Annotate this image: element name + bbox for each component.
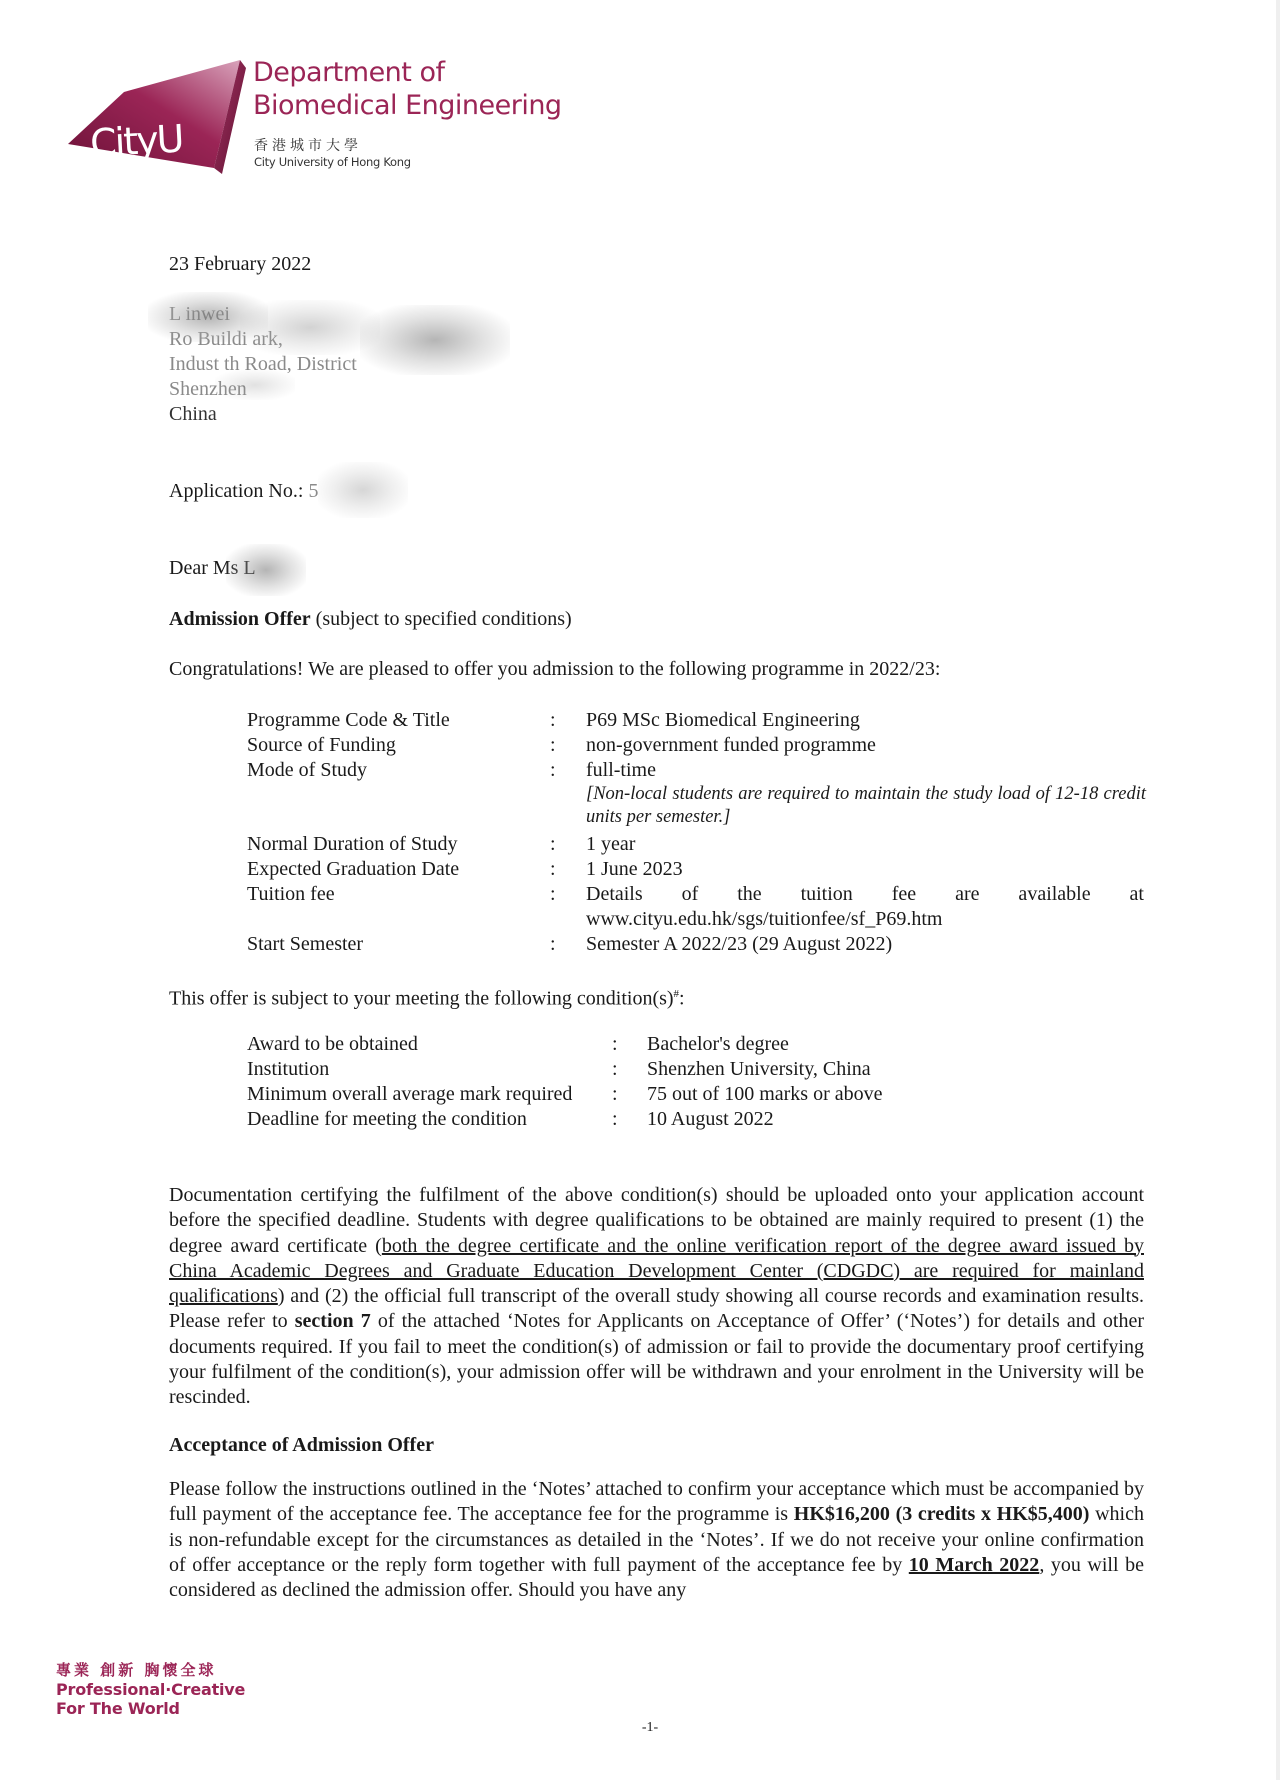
acceptance-heading: Acceptance of Admission Offer (169, 1433, 434, 1458)
condition-label: Institution (247, 1057, 329, 1082)
programme-label: Source of Funding (247, 733, 396, 758)
colon: : (612, 1057, 618, 1082)
department-name: Department of Biomedical Engineering (253, 56, 562, 122)
redaction-smudge (226, 544, 306, 596)
colon: : (550, 832, 556, 857)
university-name-cn: 香港城市大學 (254, 135, 362, 155)
letter-date: 23 February 2022 (169, 252, 311, 277)
redaction-smudge (240, 300, 380, 355)
subject-line: Admission Offer (subject to specified co… (169, 607, 572, 632)
programme-value: non-government funded programme (586, 733, 876, 758)
colon: : (612, 1082, 618, 1107)
programme-label: Normal Duration of Study (247, 832, 458, 857)
condition-label: Award to be obtained (247, 1032, 418, 1057)
condition-label: Deadline for meeting the condition (247, 1107, 527, 1132)
colon: : (612, 1032, 618, 1057)
condition-value: Bachelor's degree (647, 1032, 789, 1057)
condition-label: Minimum overall average mark required (247, 1082, 572, 1107)
condition-value: 75 out of 100 marks or above (647, 1082, 883, 1107)
colon: : (550, 758, 556, 783)
programme-label: Mode of Study (247, 758, 367, 783)
programme-value: Semester A 2022/23 (29 August 2022) (586, 932, 892, 957)
programme-label: Programme Code & Title (247, 708, 450, 733)
page-number: -1- (630, 1720, 670, 1736)
programme-value: P69 MSc Biomedical Engineering (586, 708, 860, 733)
colon: : (550, 932, 556, 957)
documentation-paragraph: Documentation certifying the fulfilment … (169, 1183, 1144, 1411)
programme-note: [Non-local students are required to main… (586, 783, 1146, 829)
programme-label: Tuition fee (247, 882, 335, 907)
programme-label: Start Semester (247, 932, 363, 957)
acceptance-paragraph: Please follow the instructions outlined … (169, 1477, 1144, 1603)
programme-value: 1 year (586, 832, 635, 857)
programme-value-url: www.cityu.edu.hk/sgs/tuitionfee/sf_P69.h… (586, 907, 942, 932)
cityu-logo-icon: CityU (66, 58, 246, 174)
condition-value: 10 August 2022 (647, 1107, 774, 1132)
programme-value: 1 June 2023 (586, 857, 683, 882)
application-number: Application No.: 5 (169, 479, 318, 504)
condition-value: Shenzhen University, China (647, 1057, 871, 1082)
colon: : (550, 857, 556, 882)
programme-value: full-time (586, 758, 656, 783)
page-edge (1276, 0, 1280, 1780)
programme-label: Expected Graduation Date (247, 857, 459, 882)
redaction-smudge (215, 370, 295, 400)
footer-motto: 專業 創新 胸懷全球 Professional·Creative For The… (56, 1660, 245, 1718)
svg-text:CityU: CityU (89, 117, 183, 166)
colon: : (612, 1107, 618, 1132)
conditions-intro: This offer is subject to your meeting th… (169, 982, 685, 1012)
redaction-smudge (318, 462, 408, 518)
intro-text: Congratulations! We are pleased to offer… (169, 657, 940, 682)
university-name-en: City University of Hong Kong (254, 155, 411, 169)
colon: : (550, 733, 556, 758)
colon: : (550, 882, 556, 907)
address-line: China (169, 402, 357, 427)
redaction-smudge (360, 305, 510, 375)
colon: : (550, 708, 556, 733)
programme-value: Details of the tuition fee are available… (586, 882, 1144, 907)
